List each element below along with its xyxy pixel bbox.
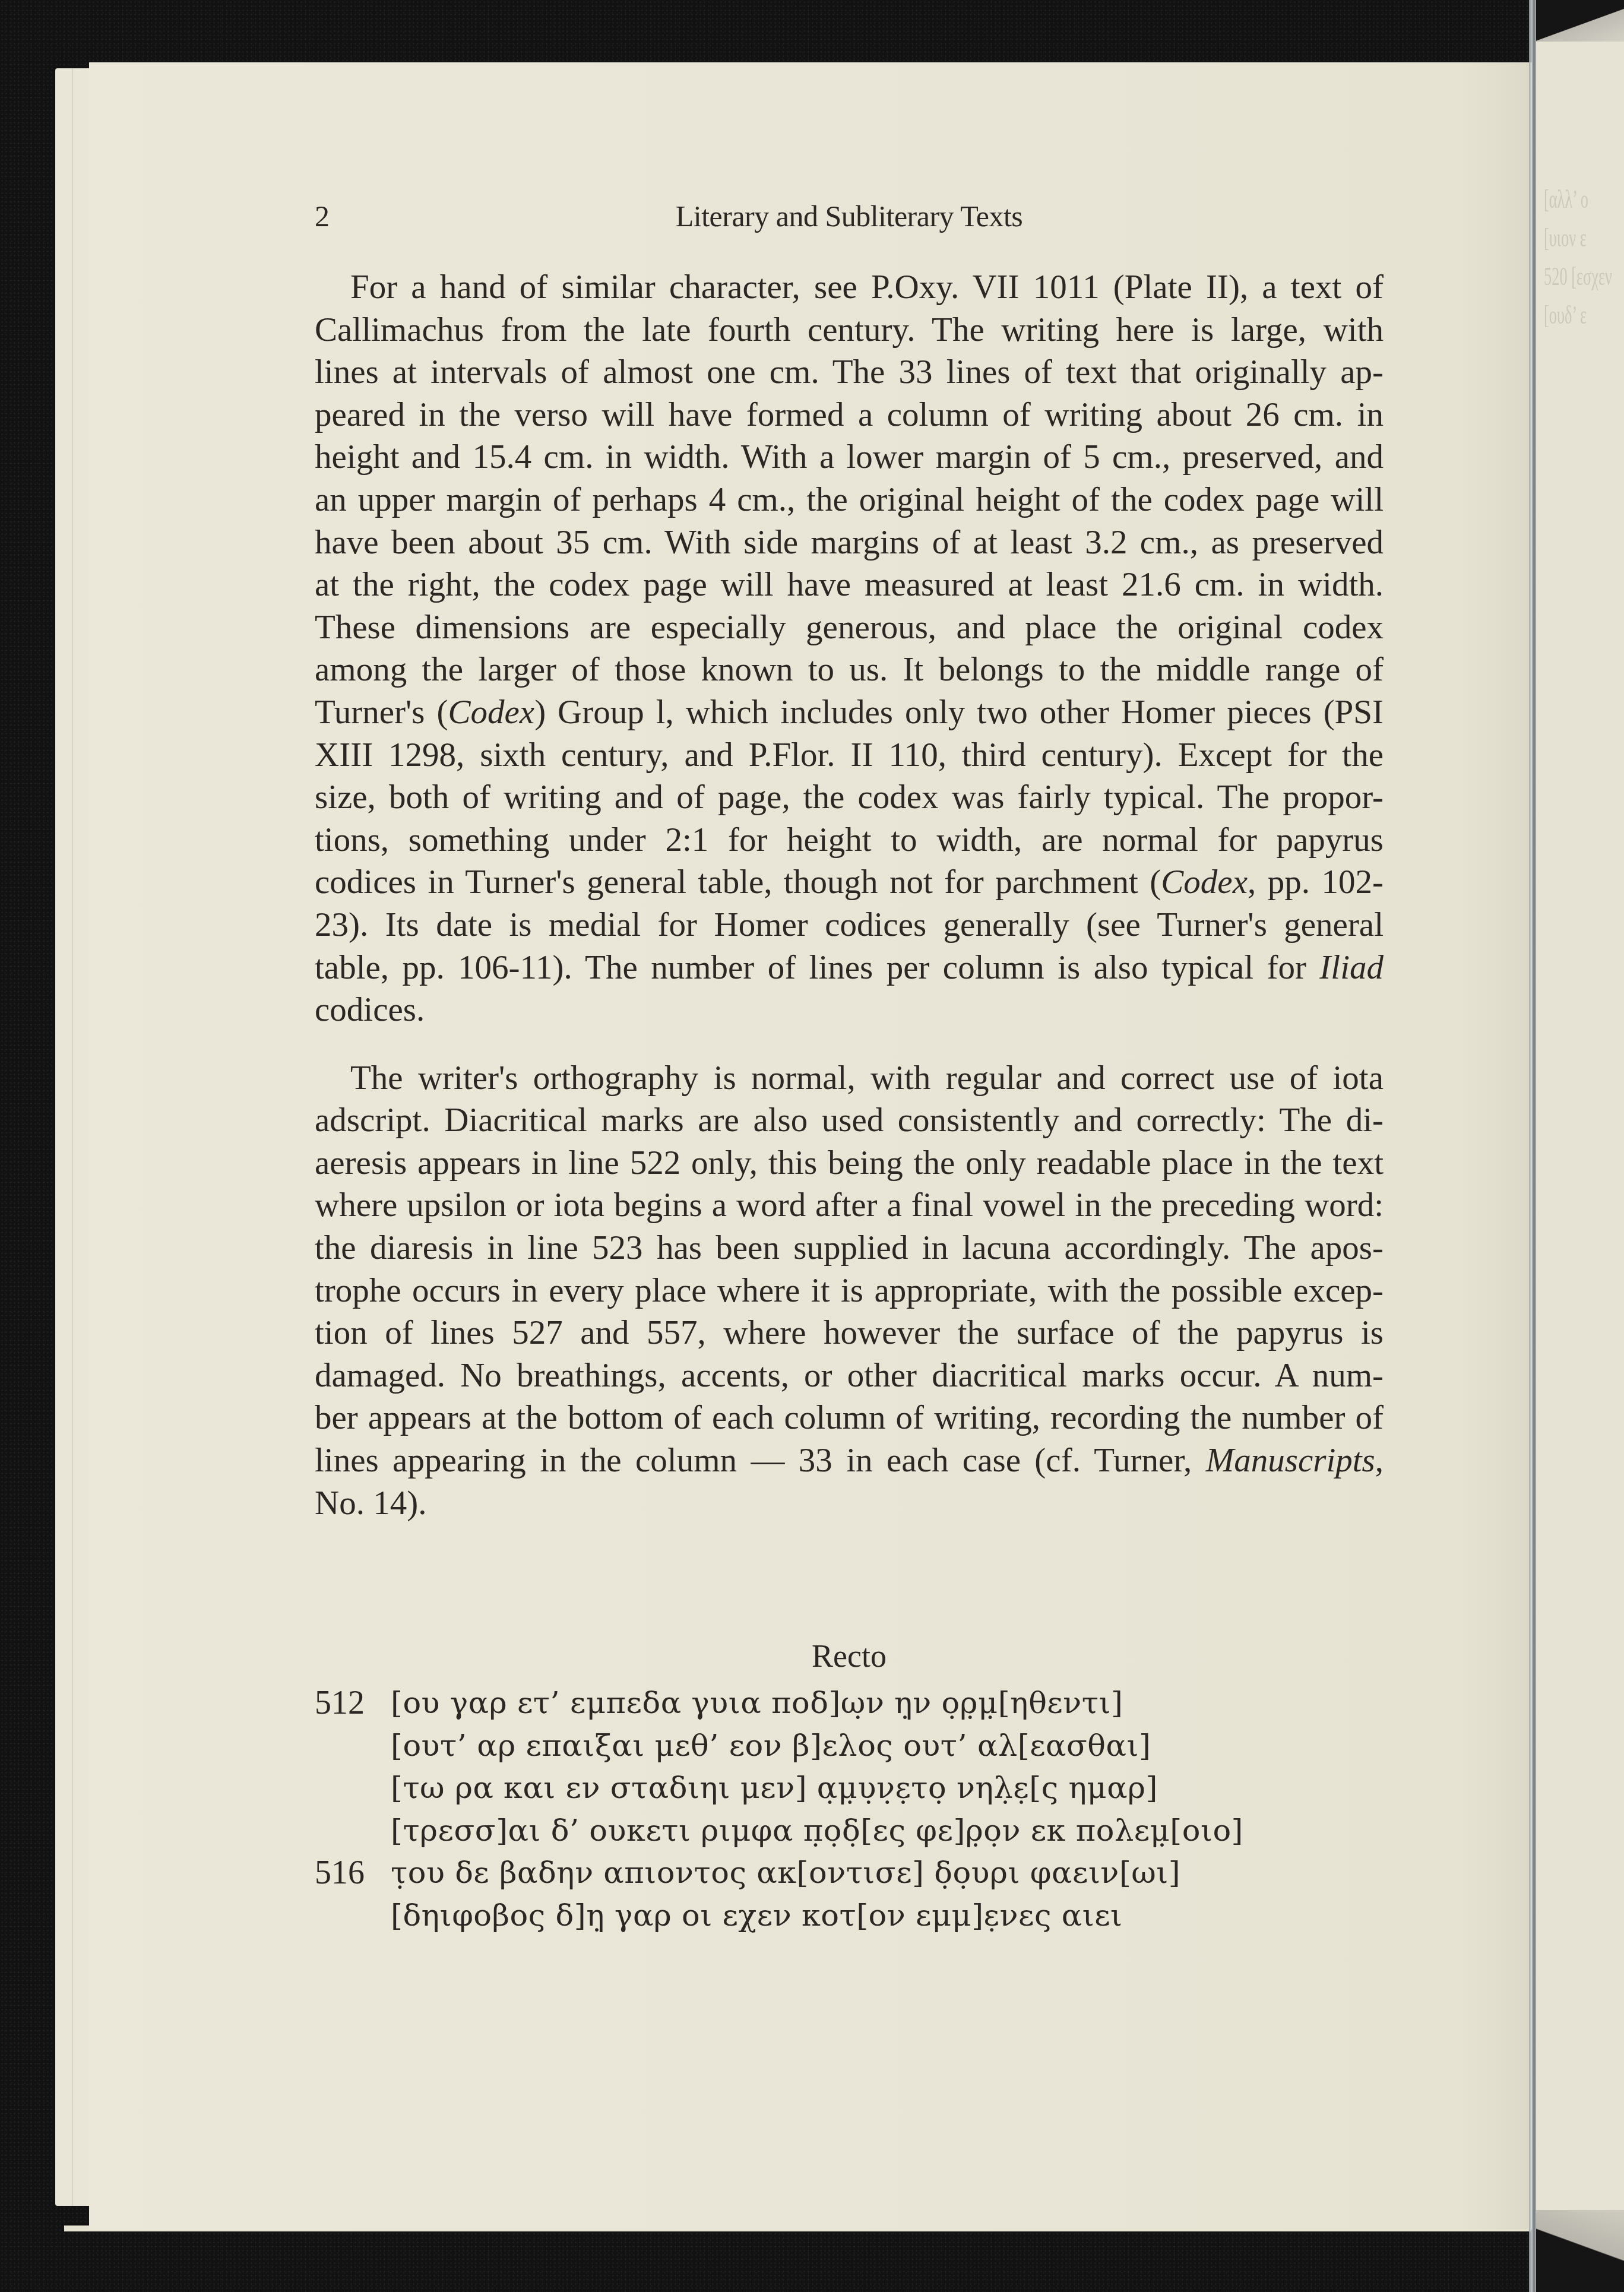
paragraph-2: The writer's orthography is normal, with… bbox=[315, 1057, 1384, 1525]
text-line: codices. bbox=[315, 989, 1384, 1031]
facing-page-ghost-line: 520 [εσχεν bbox=[1544, 261, 1612, 292]
text-line: peared in the verso will have formed a c… bbox=[315, 394, 1384, 436]
text-line: an upper margin of perhaps 4 cm., the or… bbox=[315, 479, 1384, 521]
greek-verse: [ου γαρ ετ’ εμπεδα γυια ποδ]ω̣ν η̣ν ο̣ρ̣… bbox=[391, 1682, 1123, 1725]
text-line: Callimachus from the late fourth century… bbox=[315, 309, 1384, 352]
facing-page-ghost-line: [υιον ε bbox=[1544, 223, 1587, 253]
commentary-body: For a hand of similar character, see P.O… bbox=[315, 266, 1384, 1524]
greek-verse: [τρεσσ]αι δ’ ουκετι ριμφα π̣ο̣δ̣[ες φε]ρ… bbox=[391, 1810, 1243, 1853]
edition-line: 516τ̣ου δε βαδην απιοντος ακ[οντισε] δ̣ο… bbox=[315, 1852, 1384, 1895]
running-head: 2 Literary and Subliterary Texts bbox=[315, 199, 1384, 235]
text-line: size, both of writing and of page, the c… bbox=[315, 776, 1384, 819]
facing-page-bottom-shadow bbox=[1536, 2210, 1624, 2292]
facing-page-ghost-line: [ουδ’ ε bbox=[1544, 300, 1587, 330]
line-number: 516 bbox=[315, 1852, 386, 1895]
italic-title: Codex bbox=[1161, 863, 1248, 901]
greek-verse: [δηιφοβος δ]η̣ γαρ οι εχεν κοτ[ον εμμ]ε̣… bbox=[391, 1895, 1123, 1938]
text-line: Turner's (Codex) Group l, which includes… bbox=[315, 691, 1384, 734]
facing-page-top-shadow bbox=[1536, 0, 1624, 42]
text-line: table, pp. 106-11). The number of lines … bbox=[315, 946, 1384, 989]
edition-line: [δηιφοβος δ]η̣ γαρ οι εχεν κοτ[ον εμμ]ε̣… bbox=[315, 1895, 1384, 1938]
text-line: have been about 35 cm. With side margins… bbox=[315, 521, 1384, 564]
text-line: trophe occurs in every place where it is… bbox=[315, 1270, 1384, 1312]
text-line: lines at intervals of almost one cm. The… bbox=[315, 351, 1384, 394]
italic-title: Iliad bbox=[1319, 949, 1384, 986]
text-line: adscript. Diacritical marks are also use… bbox=[315, 1099, 1384, 1142]
text-line: the diaresis in line 523 has been suppli… bbox=[315, 1227, 1384, 1270]
text-line: codices in Turner's general table, thoug… bbox=[315, 861, 1384, 904]
paragraph-1: For a hand of similar character, see P.O… bbox=[315, 266, 1384, 1031]
text-line: tions, something under 2:1 for height to… bbox=[315, 819, 1384, 862]
italic-title: Codex bbox=[448, 694, 535, 731]
text-line: aeresis appears in line 522 only, this b… bbox=[315, 1142, 1384, 1185]
binding-fold bbox=[1529, 0, 1536, 2292]
edition-line: 512[ου γαρ ετ’ εμπεδα γυια ποδ]ω̣ν η̣ν ο… bbox=[315, 1682, 1384, 1725]
edition-line: [τω ρα και εν σταδιηι μεν] α̣μ̣υ̣ν̣ε̣το̣… bbox=[315, 1767, 1384, 1810]
facing-page-ghost-line: [αλλ’ ο bbox=[1544, 184, 1588, 214]
greek-verse: τ̣ου δε βαδην απιοντος ακ[οντισε] δ̣ο̣υρ… bbox=[391, 1852, 1180, 1895]
section-label-recto: Recto bbox=[315, 1638, 1384, 1674]
text-line: For a hand of similar character, see P.O… bbox=[315, 266, 1384, 309]
facing-page-strip bbox=[1536, 39, 1624, 2242]
text-line: where upsilon or iota begins a word afte… bbox=[315, 1184, 1384, 1227]
edition-line: [τρεσσ]αι δ’ ουκετι ριμφα π̣ο̣δ̣[ες φε]ρ… bbox=[315, 1810, 1384, 1853]
greek-edition-text: 512[ου γαρ ετ’ εμπεδα γυια ποδ]ω̣ν η̣ν ο… bbox=[315, 1682, 1384, 1938]
text-line: These dimensions are especially generous… bbox=[315, 606, 1384, 649]
text-line: The writer's orthography is normal, with… bbox=[315, 1057, 1384, 1100]
greek-verse: [ουτ’ αρ επαιξαι μεθ’ εον β]ελος ουτ’ αλ… bbox=[391, 1725, 1151, 1768]
text-line: height and 15.4 cm. in width. With a low… bbox=[315, 436, 1384, 479]
text-line: at the right, the codex page will have m… bbox=[315, 563, 1384, 606]
italic-title: Manuscripts bbox=[1206, 1442, 1375, 1479]
text-line: damaged. No breathings, accents, or othe… bbox=[315, 1354, 1384, 1397]
text-line: lines appearing in the column — 33 in ea… bbox=[315, 1439, 1384, 1482]
text-line: XIII 1298, sixth century, and P.Flor. II… bbox=[315, 734, 1384, 777]
text-line: 23). Its date is medial for Homer codice… bbox=[315, 904, 1384, 946]
text-line: ber appears at the bottom of each column… bbox=[315, 1397, 1384, 1439]
edition-line: [ουτ’ αρ επαιξαι μεθ’ εον β]ελος ουτ’ αλ… bbox=[315, 1725, 1384, 1768]
greek-verse: [τω ρα και εν σταδιηι μεν] α̣μ̣υ̣ν̣ε̣το̣… bbox=[391, 1767, 1158, 1810]
text-line: tion of lines 527 and 557, where however… bbox=[315, 1312, 1384, 1354]
text-line: among the larger of those known to us. I… bbox=[315, 648, 1384, 691]
text-line: No. 14). bbox=[315, 1482, 1384, 1525]
running-head-title: Literary and Subliterary Texts bbox=[315, 199, 1384, 233]
line-number: 512 bbox=[315, 1682, 386, 1725]
